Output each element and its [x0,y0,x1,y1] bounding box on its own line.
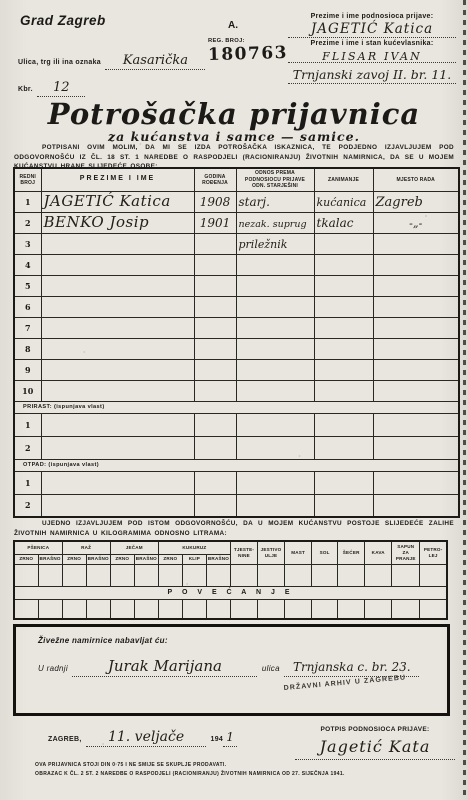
col-header-coffee: KAVA [365,541,392,564]
otpad-row-number: 1 [14,471,41,494]
supplies-entry-row [14,564,447,586]
supplies-group-header-row: PŠENICA RAŽ JEČAM KUKURUZ TJESTE-NINE JE… [14,541,447,554]
person-row: 6 [14,296,459,317]
person-row: 2 BENKO Josip 1901 nezak. suprug tkalac … [14,212,459,233]
person-row-number: 4 [14,254,41,275]
col-header-relation: ODNOS PREMA PODNOSIOCU PRIJAVE ODN. STAR… [236,168,314,191]
street-value-handwriting: Kasarička [123,53,188,68]
prirast-row-number: 1 [14,413,41,436]
otpad-row-number: 2 [14,494,41,517]
person-workplace-handwriting: Zagreb [376,195,423,210]
signature-block: POTPIS PODNOSIOCA PRIJAVE: Jagetić Kata [295,726,455,760]
person-row-number: 3 [14,233,41,254]
person-row-number: 2 [14,212,41,233]
person-year-handwriting: 1901 [200,216,231,230]
scan-perforation-edge [463,0,466,800]
otpad-row: 2 [14,494,459,517]
city-heading: Grad Zagreb [20,13,106,28]
shop-name-line: Jurak Marijana [72,657,257,677]
person-row-number: 9 [14,359,41,380]
group-header-barley: JEČAM [110,541,158,554]
otpad-label: OTPAD: (ispunjava vlast) [14,459,459,471]
house-number-label: Kbr. [18,86,33,93]
col-header-salt: SOL [312,541,338,564]
house-number-value-handwriting: 12 [53,80,70,95]
form-series-letter: A. [228,20,238,31]
date-handwriting: 11. veljače [108,729,184,745]
otpad-row: 1 [14,471,459,494]
year-hand-line: 1 [223,728,237,747]
person-row-number: 8 [14,338,41,359]
subcol-flour: BRAŠNO [38,554,62,564]
prirast-row: 2 [14,436,459,459]
prirast-row: 1 [14,413,459,436]
person-occupation-handwriting: kućanica [317,196,367,209]
supplies-table: PŠENICA RAŽ JEČAM KUKURUZ TJESTE-NINE JE… [13,540,448,620]
street-label: Ulica, trg ili ina oznaka [18,59,101,66]
street-field: Ulica, trg ili ina oznaka Kasarička [18,51,228,70]
shop-heading: Živežne namirnice nabavljat ću: [38,636,168,645]
shop-street-label: ulica [262,664,280,673]
form-subtitle: za kućanstva i samce — samice. [0,129,468,144]
subcol-grain: ZRNO [110,554,134,564]
subcol-flour: BRAŠNO [134,554,158,564]
col-header-oil: JESTIVO ULJE [258,541,285,564]
shop-declaration-box: Živežne namirnice nabavljat ću: U radnji… [13,624,450,716]
person-name-handwriting: JAGETIĆ Katica [44,192,171,210]
person-row-number: 10 [14,380,41,401]
subcol-grain: ZRNO [14,554,38,564]
prirast-section-row: PRIRAST: (ispunjava vlast) [14,401,459,413]
date-line: ZAGREB, 11. veljače 1941 [48,728,278,747]
col-header-pasta: TJESTE-NINE [230,541,257,564]
persons-table-header-row: REDNI BROJ PREZIME I IME GODINA ROĐENJA … [14,168,459,191]
col-header-occupation: ZANIMANJE [314,168,373,191]
house-number-line: 12 [37,78,85,97]
col-header-birth-year: GODINA ROĐENJA [194,168,236,191]
person-relation-handwriting: priležnik [239,238,288,251]
person-row: 8 [14,338,459,359]
col-header-name: PREZIME I IME [41,168,194,191]
shop-radnji-label: U radnji [38,664,68,673]
persons-table: REDNI BROJ PREZIME I IME GODINA ROĐENJA … [13,167,460,518]
povecanje-row: P O V E Ć A N J E [14,586,447,599]
year-handwriting: 1 [226,730,234,744]
subcol-flour: BRAŠNO [86,554,110,564]
col-header-petroleum: PETRO-LEJ [420,541,447,564]
registration-block: REG. BROJ: 180763 [208,38,288,64]
owner-address-line: Trnjanski zavoj II. br. 11. [288,66,456,84]
person-row: 10 [14,380,459,401]
fine-print-line-2: OBRAZAC K ČL. 2 ST. 2 NAREDBE O RASPODJE… [35,770,435,779]
person-row: 4 [14,254,459,275]
signature-label: POTPIS PODNOSIOCA PRIJAVE: [295,726,455,733]
col-header-soap: SAPUN ZA PRANJE [392,541,420,564]
col-header-lard: MAST [285,541,312,564]
prirast-row-number: 2 [14,436,41,459]
place-label: ZAGREB, [48,736,82,743]
subcol-flour: BRAŠNO [206,554,230,564]
person-row: 9 [14,359,459,380]
registration-number-stamp: 180763 [208,43,288,65]
owner-value-handwriting: FLISAR IVAN [322,50,422,63]
fine-print: OVA PRIJAVNICA STOJI DIN 0·75 I NE SMIJE… [35,761,435,779]
person-row-number: 5 [14,275,41,296]
person-row-number: 6 [14,296,41,317]
applicant-block: Prezime i ime podnosioca prijave: JAGETI… [288,13,456,84]
person-relation-handwriting: starj. [239,195,270,209]
person-relation-handwriting: nezak. suprug [239,219,307,230]
person-occupation-handwriting: tkalac [317,216,354,230]
person-row: 5 [14,275,459,296]
date-hand-line: 11. veljače [86,728,206,747]
applicant-label: Prezime i ime podnosioca prijave: [288,13,456,20]
person-row: 1 JAGETIĆ Katica 1908 starj. kućanica Za… [14,191,459,212]
shop-name-handwriting: Jurak Marijana [108,657,222,675]
supplies-entry-row [14,599,447,619]
form-title: Potrošačka prijavnica [0,97,468,131]
group-header-rye: RAŽ [62,541,110,554]
person-workplace-handwriting: -„- [409,217,422,230]
street-line: Kasarička [105,51,205,70]
person-row-number: 1 [14,191,41,212]
supplies-declaration-paragraph: UJEDNO IZJAVLJUJEM POD ISTOM ODGOVORNOŠĆ… [14,519,454,538]
person-row-number: 7 [14,317,41,338]
applicant-value-handwriting: JAGETIĆ Katica [311,21,433,37]
otpad-section-row: OTPAD: (ispunjava vlast) [14,459,459,471]
group-header-corn: KUKURUZ [158,541,230,554]
owner-line: FLISAR IVAN [288,47,456,63]
person-row: 3 priležnik [14,233,459,254]
col-header-ordinal: REDNI BROJ [14,168,41,191]
owner-address-handwriting: Trnjanski zavoj II. br. 11. [293,67,451,82]
subcol-grain: ZRNO [158,554,182,564]
subcol-cob: KLIP [182,554,206,564]
signature-line: Jagetić Kata [295,737,455,760]
scanned-form-page: Grad Zagreb Ulica, trg ili ina oznaka Ka… [0,0,468,800]
col-header-sugar: ŠEĆER [338,541,365,564]
person-row: 7 [14,317,459,338]
shop-street-handwriting: Trnjanska c. br. 23. [293,660,411,674]
subcol-grain: ZRNO [62,554,86,564]
shop-line: U radnji Jurak Marijana ulica Trnjanska … [38,657,428,677]
prirast-label: PRIRAST: (ispunjava vlast) [14,401,459,413]
person-name-handwriting: BENKO Josip [44,213,150,231]
person-year-handwriting: 1908 [200,195,231,209]
house-number-field: Kbr. 12 [18,78,85,97]
fine-print-line-1: OVA PRIJAVNICA STOJI DIN 0·75 I NE SMIJE… [35,761,435,770]
year-printed: 194 [211,736,224,743]
applicant-line: JAGETIĆ Katica [288,20,456,38]
povecanje-label: P O V E Ć A N J E [14,586,447,599]
group-header-wheat: PŠENICA [14,541,62,554]
signature-handwriting: Jagetić Kata [320,737,431,756]
owner-label: Prezime i ime i stan kućevlasnika: [288,40,456,47]
col-header-workplace: MJESTO RADA [373,168,459,191]
